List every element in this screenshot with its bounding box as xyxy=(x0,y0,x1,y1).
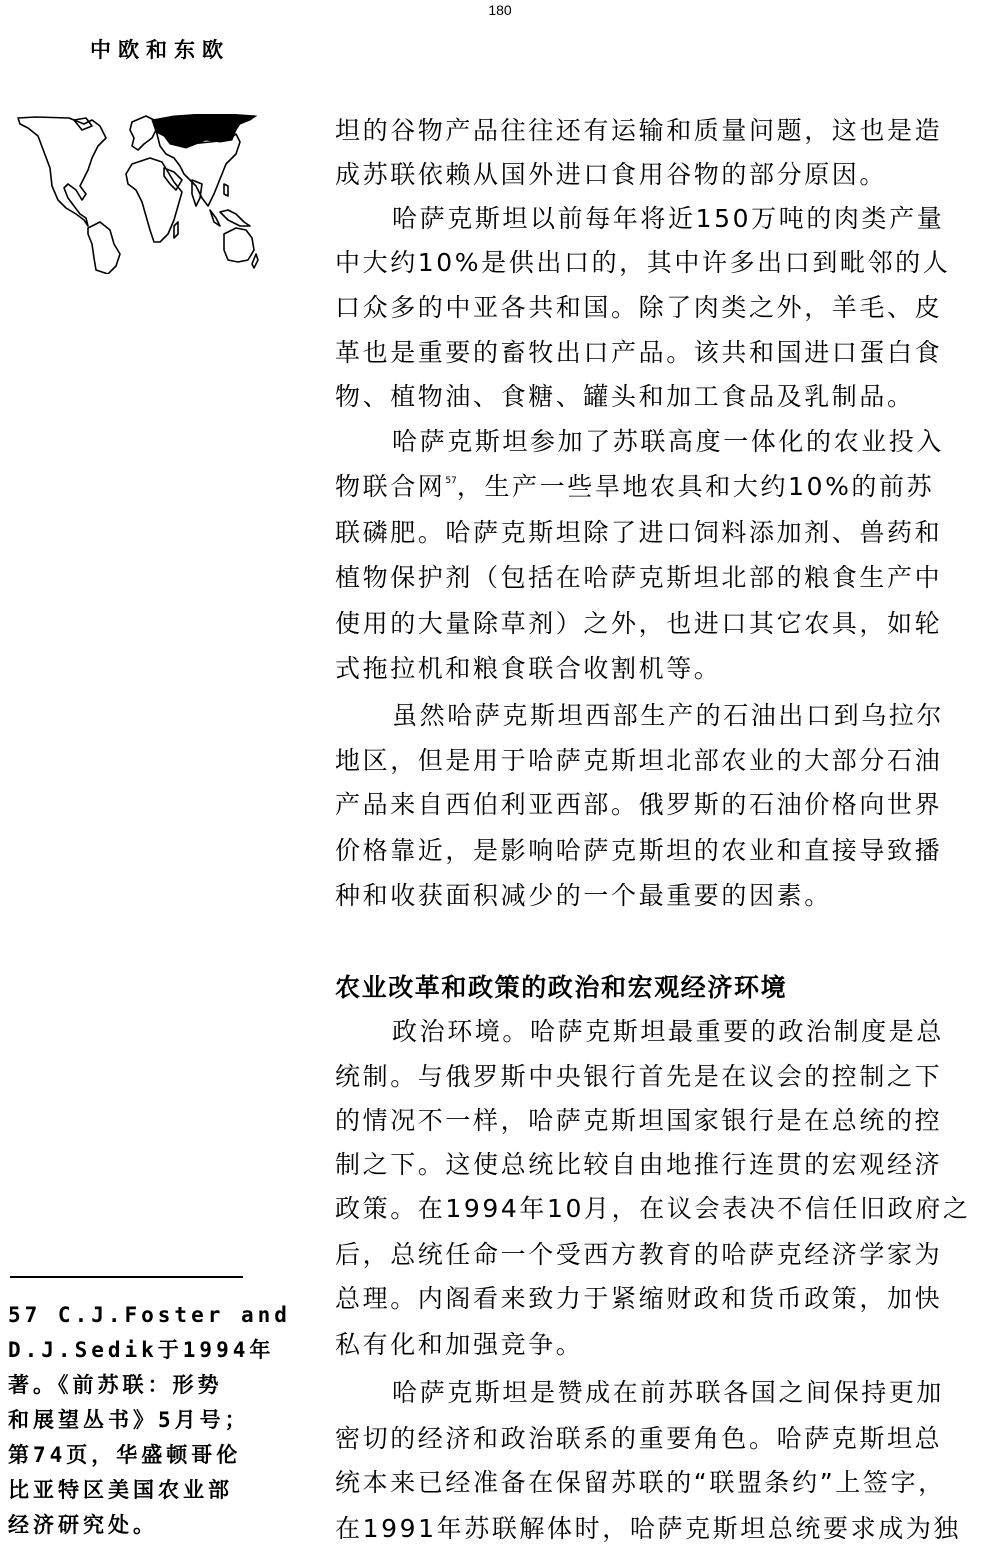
text-segment: 物联合网 xyxy=(335,472,445,501)
footnote-divider xyxy=(10,1276,243,1278)
footnote-line: 57 C.J.Foster and xyxy=(8,1302,328,1328)
text-line: 制之下。这使总统比较自由地推行连贯的宏观经济 xyxy=(335,1150,975,1180)
text-line: 统制。与俄罗斯中央银行首先是在议会的控制之下 xyxy=(335,1062,975,1092)
text-line: 后，总统任命一个受西方教育的哈萨克经济学家为 xyxy=(335,1240,975,1270)
text-segment: ，生产一些旱地农具和大约10%的前苏 xyxy=(457,472,934,501)
text-line: 的情况不一样，哈萨克斯坦国家银行是在总统的控 xyxy=(335,1106,975,1136)
text-line: 联磷肥。哈萨克斯坦除了进口饲料添加剂、兽药和 xyxy=(335,518,975,548)
text-line: 哈萨克斯坦以前每年将近150万吨的肉类产量 xyxy=(335,204,1000,234)
text-line: 物、植物油、食糖、罐头和加工食品及乳制品。 xyxy=(335,382,975,412)
text-line: 口众多的中亚各共和国。除了肉类之外，羊毛、皮 xyxy=(335,293,975,323)
text-line: 产品来自西伯利亚西部。俄罗斯的石油价格向世界 xyxy=(335,790,975,820)
text-line: 式拖拉机和粮食联合收割机等。 xyxy=(335,654,975,684)
footnote-reference[interactable]: 57 xyxy=(445,476,456,486)
text-line: 统本来已经准备在保留苏联的“联盟条约”上签字， xyxy=(335,1468,975,1498)
page-number: 180 xyxy=(0,2,1000,18)
text-line: 政治环境。哈萨克斯坦最重要的政治制度是总 xyxy=(335,1017,1000,1047)
footnote-line: D.J.Sedik于1994年 xyxy=(8,1337,328,1363)
text-line: 哈萨克斯坦是赞成在前苏联各国之间保持更加 xyxy=(335,1378,1000,1408)
text-line: 植物保护剂（包括在哈萨克斯坦北部的粮食生产中 xyxy=(335,563,975,593)
text-line: 种和收获面积减少的一个最重要的因素。 xyxy=(335,881,975,911)
text-line: 虽然哈萨克斯坦西部生产的石油出口到乌拉尔 xyxy=(335,701,1000,731)
text-line: 密切的经济和政治联系的重要角色。哈萨克斯坦总 xyxy=(335,1424,975,1454)
text-line: 总理。内阁看来致力于紧缩财政和货币政策，加快 xyxy=(335,1284,975,1314)
text-line: 革也是重要的畜牧出口产品。该共和国进口蛋白食 xyxy=(335,338,975,368)
footnote-line: 第74页，华盛顿哥伦 xyxy=(8,1442,328,1468)
footnote-line: 著。《前苏联：形势 xyxy=(8,1372,328,1398)
footnote-line: 和展望丛书》5月号； xyxy=(8,1407,328,1433)
text-line: 在1991年苏联解体时，哈萨克斯坦总统要求成为独 xyxy=(335,1514,975,1544)
text-line: 成苏联依赖从国外进口食用谷物的部分原因。 xyxy=(335,160,975,190)
world-map-icon xyxy=(14,114,260,274)
section-heading: 农业改革和政策的政治和宏观经济环境 xyxy=(335,973,787,1003)
text-line: 哈萨克斯坦参加了苏联高度一体化的农业投入 xyxy=(335,427,1000,457)
running-head: 中欧和东欧 xyxy=(90,36,230,64)
text-line: 中大约10%是供出口的，其中许多出口到毗邻的人 xyxy=(335,248,975,278)
text-line: 物联合网57，生产一些旱地农具和大约10%的前苏 xyxy=(335,472,975,502)
footnote-line: 经济研究处。 xyxy=(8,1512,328,1538)
text-line: 私有化和加强竞争。 xyxy=(335,1330,975,1360)
text-line: 价格靠近，是影响哈萨克斯坦的农业和直接导致播 xyxy=(335,836,975,866)
text-line: 使用的大量除草剂）之外，也进口其它农具，如轮 xyxy=(335,609,975,639)
footnote-line: 比亚特区美国农业部 xyxy=(8,1477,328,1503)
text-line: 政策。在1994年10月，在议会表决不信任旧政府之 xyxy=(335,1194,975,1224)
text-line: 坦的谷物产品往往还有运输和质量问题，这也是造 xyxy=(335,116,975,146)
text-line: 地区，但是用于哈萨克斯坦北部农业的大部分石油 xyxy=(335,746,975,776)
